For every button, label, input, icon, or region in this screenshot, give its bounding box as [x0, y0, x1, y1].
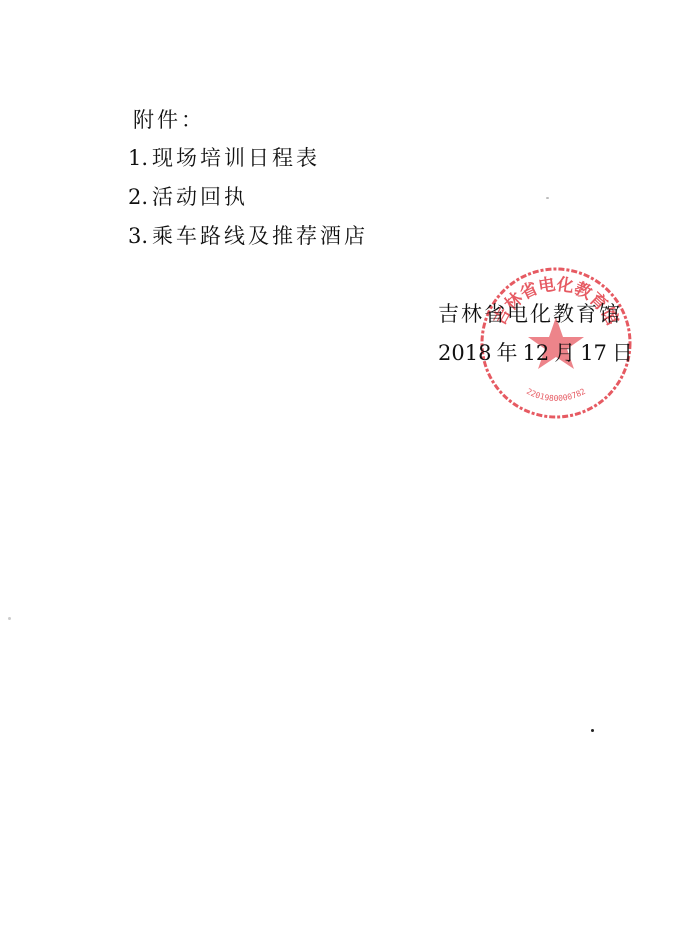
attachment-item: 3.乘车路线及推荐酒店 [128, 222, 368, 250]
signature-date: 2018年12月17日 [438, 339, 633, 367]
scan-speck [8, 617, 11, 620]
date-month: 12 [522, 341, 549, 365]
attachment-number: 3. [128, 224, 148, 248]
attachment-number: 1. [128, 146, 148, 170]
organization-name: 吉林省电化教育馆 [438, 300, 622, 328]
seal-serial-number: 2201980000782 [525, 387, 587, 403]
date-month-unit: 月 [554, 341, 575, 365]
date-year-unit: 年 [496, 341, 517, 365]
attachment-label: 乘车路线及推荐酒店 [152, 224, 368, 248]
date-year: 2018 [438, 341, 491, 365]
attachment-item: 1.现场培训日程表 [128, 144, 320, 172]
attachments-heading: 附件： [133, 106, 205, 134]
attachment-number: 2. [128, 185, 148, 209]
attachment-label: 现场培训日程表 [152, 146, 320, 170]
scan-speck [546, 197, 549, 199]
date-day-unit: 日 [612, 341, 633, 365]
attachment-item: 2.活动回执 [128, 183, 248, 211]
date-day: 17 [580, 341, 607, 365]
svg-text:2201980000782: 2201980000782 [525, 387, 587, 403]
attachment-label: 活动回执 [152, 185, 248, 209]
document-page: 附件： 1.现场培训日程表 2.活动回执 3.乘车路线及推荐酒店 吉林省电化教育… [0, 0, 700, 932]
scan-speck [591, 729, 594, 732]
